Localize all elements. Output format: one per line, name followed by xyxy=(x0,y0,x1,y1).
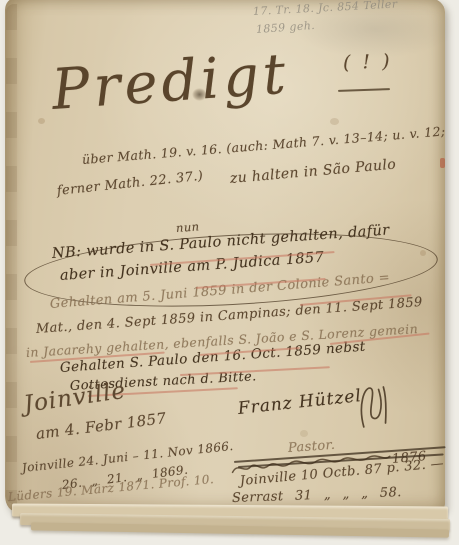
binding-edge xyxy=(6,4,17,504)
signature-flourish-icon xyxy=(354,383,392,430)
exclamation-mark: ( ! ) xyxy=(343,50,393,74)
manuscript-photo: 17. Tr. 18. Jc. 854 Teller 1859 geh. ( !… xyxy=(0,0,459,545)
word-nun: nun xyxy=(176,219,200,235)
